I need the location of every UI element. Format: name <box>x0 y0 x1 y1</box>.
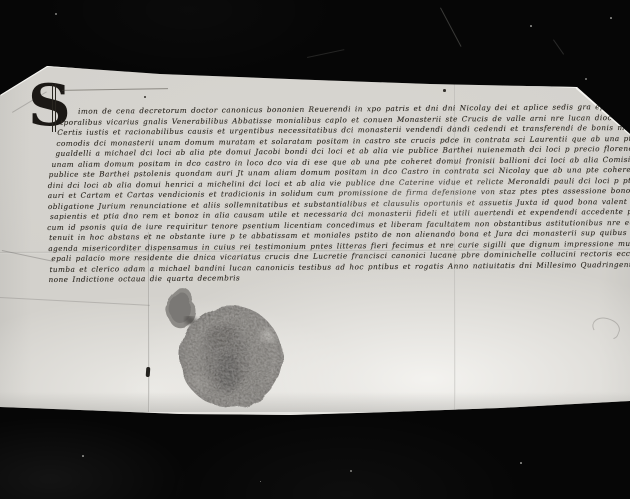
fold-crease <box>0 297 150 306</box>
edge-shadow <box>0 392 630 412</box>
dust-speck <box>585 78 587 80</box>
scratch-mark <box>440 7 462 46</box>
scratch-mark <box>553 39 564 54</box>
faded-ink-patch <box>300 150 560 240</box>
dust-speck <box>530 25 532 27</box>
ink-fleck <box>144 96 146 98</box>
wax-seal <box>164 286 292 418</box>
dust-speck <box>260 481 261 482</box>
photograph: S imon de cena decretorum doctor canonic… <box>0 0 630 499</box>
parchment-edge-highlight <box>47 65 578 88</box>
dust-speck <box>350 470 352 472</box>
scratch-mark <box>307 49 344 58</box>
ink-spot <box>146 367 150 377</box>
dust-speck <box>610 17 612 19</box>
ink-fleck <box>443 89 446 92</box>
parchment-document: S imon de cena decretorum doctor canonic… <box>0 0 630 499</box>
faint-pen-mark <box>589 313 622 342</box>
dust-speck <box>55 13 57 15</box>
dust-speck <box>82 455 84 457</box>
dust-speck <box>520 462 522 464</box>
